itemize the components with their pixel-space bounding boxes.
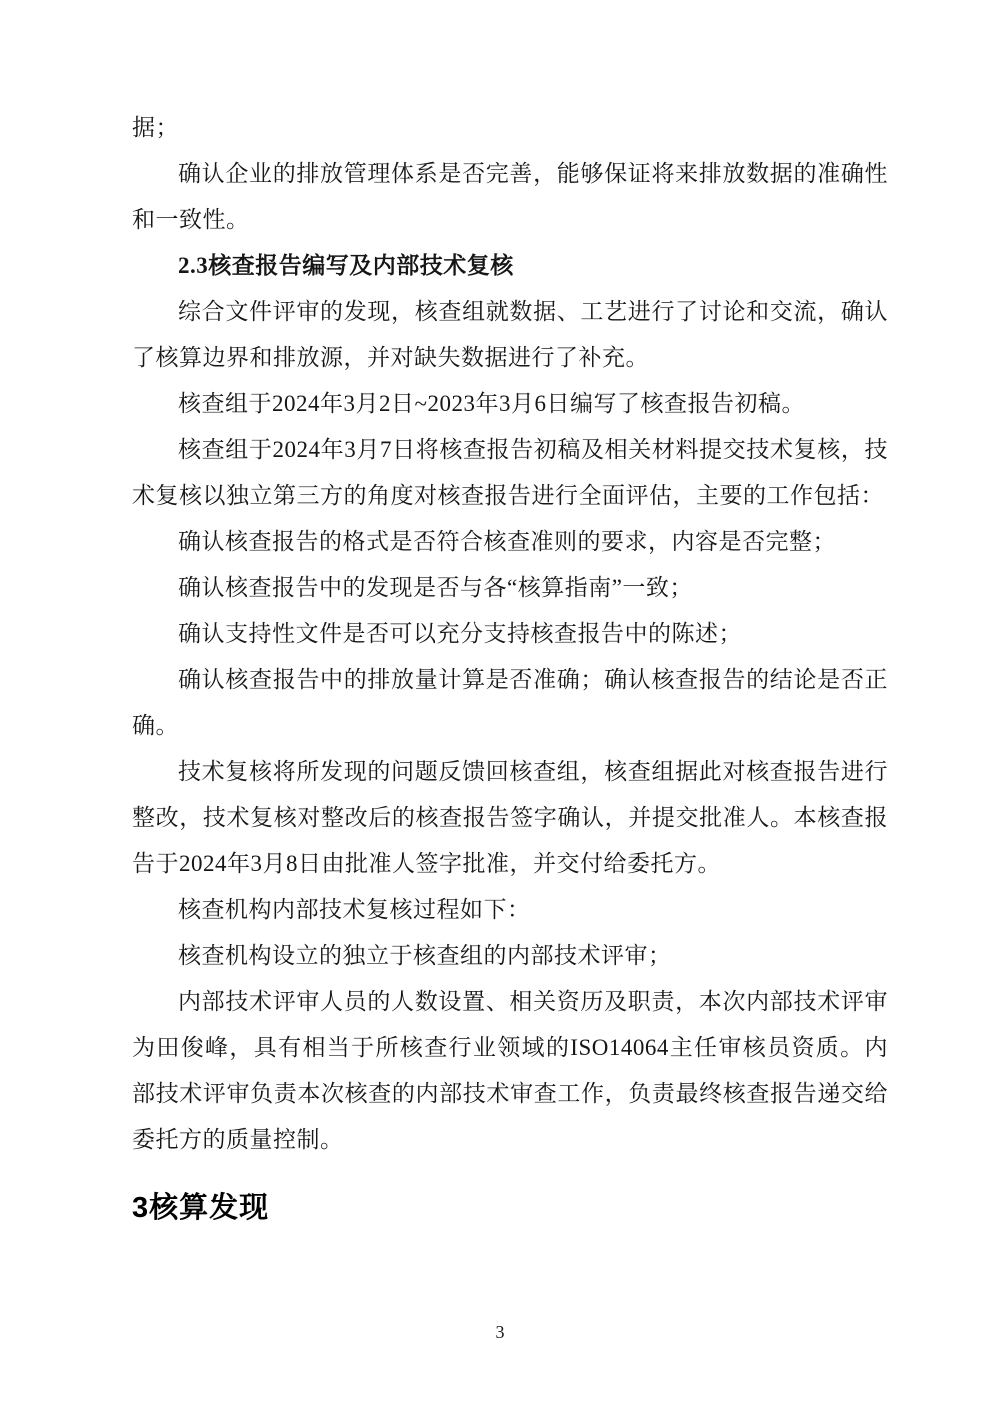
- page-number: 3: [0, 1320, 1000, 1344]
- paragraph: 内部技术评审人员的人数设置、相关资历及职责，本次内部技术评审为田俊峰，具有相当于…: [132, 979, 888, 1163]
- continued-text: 据；: [132, 105, 888, 151]
- document-body: 据； 确认企业的排放管理体系是否完善，能够保证将来排放数据的准确性和一致性。 2…: [132, 105, 888, 1229]
- paragraph: 技术复核将所发现的问题反馈回核查组，核查组据此对核查报告进行整改，技术复核对整改…: [132, 749, 888, 887]
- paragraph: 综合文件评审的发现，核查组就数据、工艺进行了讨论和交流，确认了核算边界和排放源，…: [132, 289, 888, 381]
- paragraph: 确认核查报告中的排放量计算是否准确；确认核查报告的结论是否正确。: [132, 657, 888, 749]
- paragraph: 确认支持性文件是否可以充分支持核查报告中的陈述；: [132, 611, 888, 657]
- paragraph: 核查机构设立的独立于核查组的内部技术评审；: [132, 933, 888, 979]
- paragraph: 核查组于2024年3月2日~2023年3月6日编写了核查报告初稿。: [132, 381, 888, 427]
- paragraph: 确认核查报告中的发现是否与各“核算指南”一致；: [132, 565, 888, 611]
- subsection-heading: 2.3核查报告编写及内部技术复核: [132, 243, 888, 289]
- document-page: 据； 确认企业的排放管理体系是否完善，能够保证将来排放数据的准确性和一致性。 2…: [0, 0, 1000, 1414]
- paragraph: 确认企业的排放管理体系是否完善，能够保证将来排放数据的准确性和一致性。: [132, 151, 888, 243]
- section-heading: 3核算发现: [132, 1187, 888, 1229]
- paragraph: 确认核查报告的格式是否符合核查准则的要求，内容是否完整；: [132, 519, 888, 565]
- paragraph: 核查机构内部技术复核过程如下：: [132, 887, 888, 933]
- paragraph: 核查组于2024年3月7日将核查报告初稿及相关材料提交技术复核，技术复核以独立第…: [132, 427, 888, 519]
